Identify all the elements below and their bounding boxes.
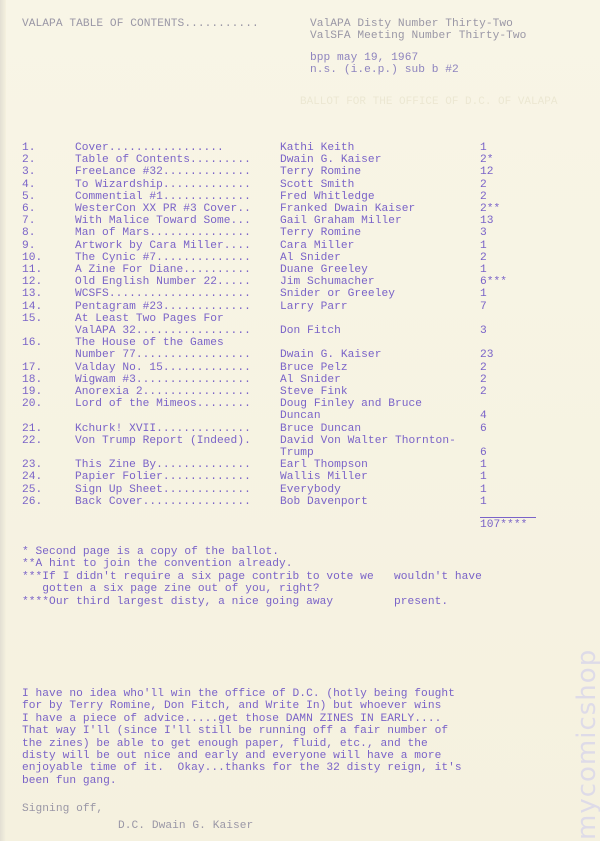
toc-author: Larry Parr — [280, 301, 348, 313]
toc-number: 23. — [22, 459, 42, 471]
toc-number: 11. — [22, 264, 42, 276]
toc-author: Dwain G. Kaiser — [280, 154, 381, 166]
toc-pages: 13 — [480, 215, 540, 227]
toc-number: 15. — [22, 313, 42, 325]
toc-pages: 2 — [480, 374, 540, 386]
toc-pages: 2 — [480, 386, 540, 398]
toc-number: 4. — [22, 179, 36, 191]
footnote-line: * Second page is a copy of the ballot. — [22, 546, 279, 558]
toc-title: With Malice Toward Some... — [75, 215, 251, 227]
footnote-line: gotten a six page zine out of you, right… — [22, 583, 320, 595]
toc-author: Gail Graham Miller — [280, 215, 402, 227]
toc-title: WCSFS..................... — [75, 288, 251, 300]
toc-pages: 2* — [480, 154, 540, 166]
toc-author: Cara Miller — [280, 240, 354, 252]
toc-title: Papier Folier............. — [75, 471, 251, 483]
toc-title: Man of Mars............... — [75, 227, 251, 239]
toc-pages: 2 — [480, 191, 540, 203]
toc-pages: 1 — [480, 496, 540, 508]
toc-title: Back Cover................ — [75, 496, 251, 508]
toc-author: Earl Thompson — [280, 459, 368, 471]
toc-pages: 6*** — [480, 276, 540, 288]
toc-pages: 1 — [480, 459, 540, 471]
signoff-line: Signing off, — [22, 803, 103, 815]
toc-pages: 1 — [480, 142, 540, 154]
toc-author: Kathi Keith — [280, 142, 354, 154]
toc-pages: 2** — [480, 203, 540, 215]
toc-title: A Zine For Diane.......... — [75, 264, 251, 276]
toc-number: 6. — [22, 203, 36, 215]
toc-pages: 3 — [480, 227, 540, 239]
header-disty-number: ValAPA Disty Number Thirty-Two — [310, 18, 513, 30]
toc-number: 2. — [22, 154, 36, 166]
toc-pages: 1 — [480, 288, 540, 300]
page-edge-shadow — [0, 0, 6, 841]
toc-pages: 2 — [480, 362, 540, 374]
toc-title-cont: ValAPA 32................. — [75, 325, 251, 337]
toc-title: Wigwam #3................. — [75, 374, 251, 386]
watermark: mycomicshop — [572, 649, 600, 840]
toc-author: Doug Finley and Bruce — [280, 398, 422, 410]
toc-number: 19. — [22, 386, 42, 398]
total-underline — [480, 517, 536, 518]
toc-pages: 4 — [480, 410, 540, 422]
toc-author: Franked Dwain Kaiser — [280, 203, 415, 215]
toc-title: Pentagram #23............. — [75, 301, 251, 313]
paragraph-line: for by Terry Romine, Don Fitch, and Writ… — [22, 700, 441, 712]
toc-author: Scott Smith — [280, 179, 354, 191]
footnote-line: ****Our third largest disty, a nice goin… — [22, 596, 448, 608]
header-date: bpp may 19, 1967 — [310, 52, 418, 64]
toc-title: Lord of the Mimeos........ — [75, 398, 251, 410]
total-pages: 107**** — [480, 519, 527, 531]
toc-pages: 2 — [480, 179, 540, 191]
toc-title: FreeLance #32............. — [75, 166, 251, 178]
toc-title: This Zine By.............. — [75, 459, 251, 471]
show-through-text: BALLOT FOR THE OFFICE OF D.C. OF VALAPA — [300, 96, 557, 108]
toc-title-cont: Number 77................. — [75, 349, 251, 361]
paragraph-line: That way I'll (since I'll still be runni… — [22, 725, 448, 737]
toc-number: 22. — [22, 435, 42, 447]
toc-number: 14. — [22, 301, 42, 313]
toc-author: Fred Whitledge — [280, 191, 375, 203]
toc-author: Terry Romine — [280, 227, 361, 239]
header-title: VALAPA TABLE OF CONTENTS........... — [22, 18, 259, 30]
paragraph-line: I have no idea who'll win the office of … — [22, 688, 455, 700]
toc-pages: 12 — [480, 166, 540, 178]
toc-author-cont: Trump — [280, 447, 314, 459]
header-sub: n.s. (i.e.p.) sub b #2 — [310, 64, 459, 76]
toc-title: Old English Number 22..... — [75, 276, 251, 288]
toc-title: Sign Up Sheet............. — [75, 484, 251, 496]
toc-author: Bruce Duncan — [280, 423, 361, 435]
paragraph-line: I have a piece of advice.....get those D… — [22, 713, 441, 725]
toc-author: Wallis Miller — [280, 471, 368, 483]
toc-author: Snider or Greeley — [280, 288, 395, 300]
toc-title: Commential #1............. — [75, 191, 251, 203]
toc-pages: 1 — [480, 264, 540, 276]
toc-number: 17. — [22, 362, 42, 374]
toc-author: Bob Davenport — [280, 496, 368, 508]
toc-number: 20. — [22, 398, 42, 410]
toc-pages: 3 — [480, 325, 540, 337]
header-meeting-number: ValSFA Meeting Number Thirty-Two — [310, 30, 526, 42]
toc-title: Von Trump Report (Indeed). — [75, 435, 251, 447]
toc-author: Bruce Pelz — [280, 362, 348, 374]
toc-title: WesterCon XX PR #3 Cover.. — [75, 203, 251, 215]
toc-author: Everybody — [280, 484, 341, 496]
toc-number: 7. — [22, 215, 36, 227]
toc-number: 26. — [22, 496, 42, 508]
toc-number: 21. — [22, 423, 42, 435]
toc-title: Table of Contents......... — [75, 154, 251, 166]
toc-title: Valday No. 15............. — [75, 362, 251, 374]
toc-title: Anorexia 2................ — [75, 386, 251, 398]
toc-author: Dwain G. Kaiser — [280, 349, 381, 361]
toc-number: 10. — [22, 252, 42, 264]
toc-pages: 7 — [480, 301, 540, 313]
toc-number: 18. — [22, 374, 42, 386]
toc-number: 5. — [22, 191, 36, 203]
toc-number: 8. — [22, 227, 36, 239]
toc-pages: 6 — [480, 423, 540, 435]
toc-number: 25. — [22, 484, 42, 496]
toc-number: 16. — [22, 337, 42, 349]
toc-number: 13. — [22, 288, 42, 300]
toc-author: Duane Greeley — [280, 264, 368, 276]
toc-title: To Wizardship............. — [75, 179, 251, 191]
toc-number: 9. — [22, 240, 36, 252]
toc-pages: 2 — [480, 252, 540, 264]
toc-author: Terry Romine — [280, 166, 361, 178]
toc-title: Artwork by Cara Miller.... — [75, 240, 251, 252]
footnote-line: ***If I didn't require a six page contri… — [22, 571, 482, 583]
toc-title: The Cynic #7.............. — [75, 252, 251, 264]
toc-number: 1. — [22, 142, 36, 154]
toc-author: Al Snider — [280, 374, 341, 386]
toc-author: Al Snider — [280, 252, 341, 264]
toc-pages: 1 — [480, 240, 540, 252]
toc-author: Don Fitch — [280, 325, 341, 337]
paragraph-line: enjoyable time of it. Okay...thanks for … — [22, 762, 462, 774]
signoff-name: D.C. Dwain G. Kaiser — [118, 820, 253, 832]
footnote-line: **A hint to join the convention already. — [22, 558, 293, 570]
toc-title: At Least Two Pages For — [75, 313, 224, 325]
toc-author: Jim Schumacher — [280, 276, 375, 288]
paragraph-line: disty will be out nice and early and eve… — [22, 750, 441, 762]
toc-title: Cover................. — [75, 142, 224, 154]
toc-title: Kchurk! XVII.............. — [75, 423, 251, 435]
toc-number: 24. — [22, 471, 42, 483]
toc-number: 12. — [22, 276, 42, 288]
toc-pages: 23 — [480, 349, 540, 361]
toc-pages: 1 — [480, 484, 540, 496]
toc-title: The House of the Games — [75, 337, 224, 349]
toc-pages: 1 — [480, 471, 540, 483]
toc-number: 3. — [22, 166, 36, 178]
toc-author-cont: Duncan — [280, 410, 321, 422]
toc-author: David Von Walter Thornton- — [280, 435, 456, 447]
paragraph-line: the zines) be able to get enough paper, … — [22, 738, 428, 750]
paragraph-line: been fun gang. — [22, 775, 117, 787]
toc-author: Steve Fink — [280, 386, 348, 398]
toc-pages: 6 — [480, 447, 540, 459]
